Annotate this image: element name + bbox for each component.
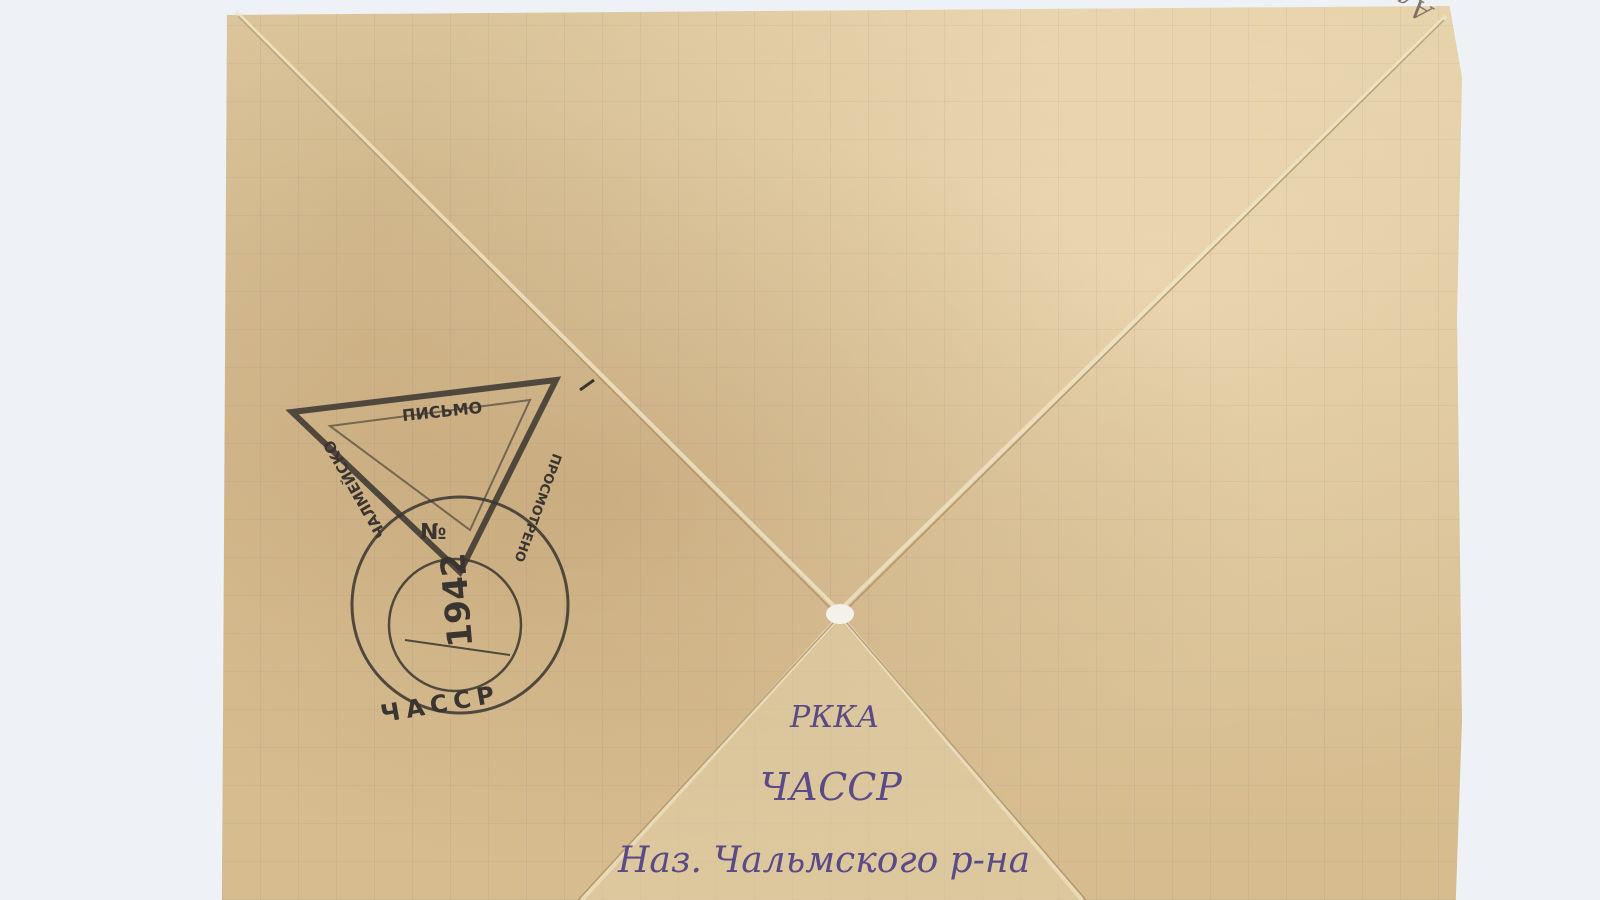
- address-line-3: Наз. Чальмского р-на: [618, 840, 1030, 881]
- address-line-2: ЧАССР: [760, 765, 902, 809]
- address-line-1: РККА: [790, 700, 879, 735]
- postmark-number: №: [420, 520, 446, 545]
- postmark-date: 1942: [433, 551, 481, 649]
- letter-photo: ПИСЬМО ЧАЛМЕЙСКО ПРОСМОТРЕНО № 1942 ЧАСС…: [0, 0, 1600, 900]
